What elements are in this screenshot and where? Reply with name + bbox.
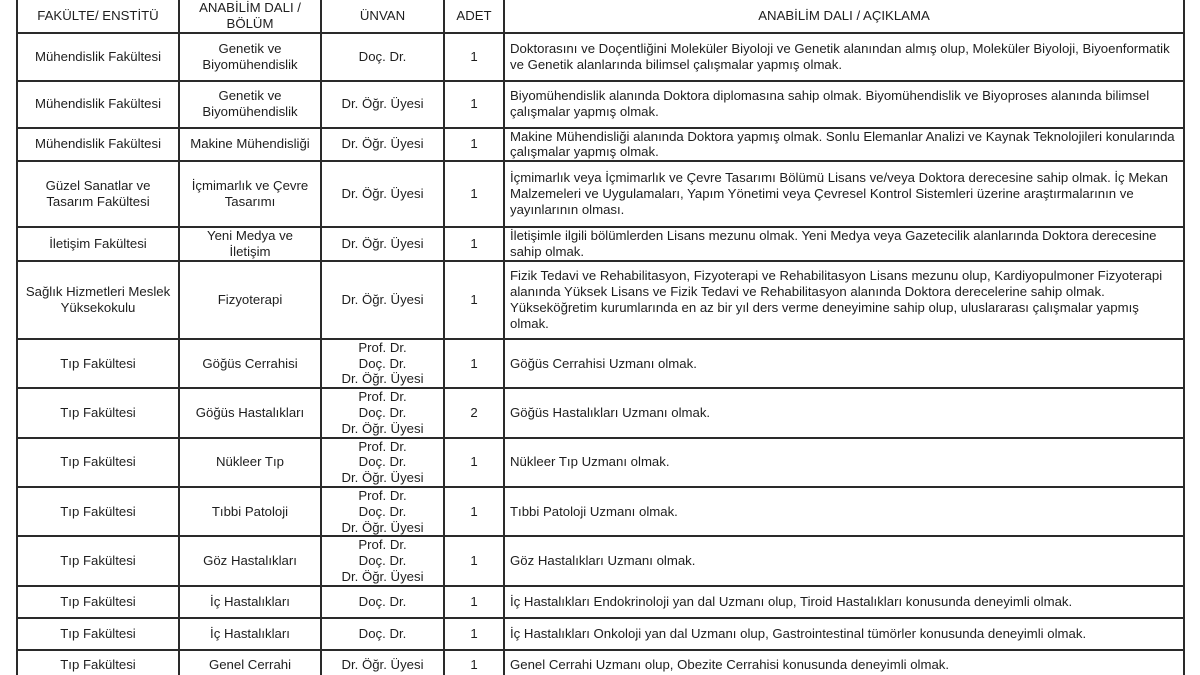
table-header-row: FAKÜLTE/ ENSTİTÜ ANABİLİM DALI / BÖLÜM Ü… [17,0,1184,33]
title-cell: Prof. Dr. Doç. Dr. Dr. Öğr. Üyesi [321,487,444,536]
table-row: Güzel Sanatlar ve Tasarım Fakültesiİçmim… [17,161,1184,227]
faculty-cell: İletişim Fakültesi [17,227,179,261]
description-cell: Nükleer Tıp Uzmanı olmak. [504,438,1184,487]
title-cell: Dr. Öğr. Üyesi [321,161,444,227]
title-cell: Dr. Öğr. Üyesi [321,261,444,339]
count-cell: 1 [444,128,504,162]
description-cell: Göz Hastalıkları Uzmanı olmak. [504,536,1184,585]
title-cell: Prof. Dr. Doç. Dr. Dr. Öğr. Üyesi [321,438,444,487]
department-cell: Nükleer Tıp [179,438,321,487]
count-cell: 1 [444,161,504,227]
table-row: Sağlık Hizmetleri Meslek YüksekokuluFizy… [17,261,1184,339]
title-cell: Dr. Öğr. Üyesi [321,81,444,128]
faculty-cell: Mühendislik Fakültesi [17,81,179,128]
table-row: Tıp FakültesiTıbbi PatolojiProf. Dr. Doç… [17,487,1184,536]
department-cell: Göğüs Hastalıkları [179,388,321,437]
description-cell: Göğüs Hastalıkları Uzmanı olmak. [504,388,1184,437]
description-cell: İç Hastalıkları Endokrinoloji yan dal Uz… [504,586,1184,618]
description-cell: Göğüs Cerrahisi Uzmanı olmak. [504,339,1184,388]
count-cell: 1 [444,227,504,261]
faculty-cell: Tıp Fakültesi [17,536,179,585]
count-cell: 1 [444,536,504,585]
positions-table: FAKÜLTE/ ENSTİTÜ ANABİLİM DALI / BÖLÜM Ü… [16,0,1185,675]
department-cell: Genetik ve Biyomühendislik [179,33,321,81]
count-cell: 1 [444,586,504,618]
department-cell: Yeni Medya ve İletişim [179,227,321,261]
department-cell: Göğüs Cerrahisi [179,339,321,388]
title-cell: Prof. Dr. Doç. Dr. Dr. Öğr. Üyesi [321,536,444,585]
faculty-cell: Tıp Fakültesi [17,388,179,437]
faculty-cell: Sağlık Hizmetleri Meslek Yüksekokulu [17,261,179,339]
title-cell: Prof. Dr. Doç. Dr. Dr. Öğr. Üyesi [321,388,444,437]
title-cell: Dr. Öğr. Üyesi [321,650,444,675]
description-cell: İletişimle ilgili bölümlerden Lisans mez… [504,227,1184,261]
title-cell: Dr. Öğr. Üyesi [321,227,444,261]
title-cell: Doç. Dr. [321,586,444,618]
table-row: Tıp FakültesiGenel CerrahiDr. Öğr. Üyesi… [17,650,1184,675]
table-row: Mühendislik FakültesiMakine Mühendisliği… [17,128,1184,162]
count-cell: 1 [444,261,504,339]
department-cell: İç Hastalıkları [179,618,321,650]
table-row: Tıp FakültesiGöğüs HastalıklarıProf. Dr.… [17,388,1184,437]
faculty-cell: Tıp Fakültesi [17,438,179,487]
table-row: Tıp FakültesiGöz HastalıklarıProf. Dr. D… [17,536,1184,585]
faculty-cell: Güzel Sanatlar ve Tasarım Fakültesi [17,161,179,227]
faculty-cell: Tıp Fakültesi [17,618,179,650]
description-cell: Doktorasını ve Doçentliğini Moleküler Bi… [504,33,1184,81]
description-cell: İç Hastalıkları Onkoloji yan dal Uzmanı … [504,618,1184,650]
faculty-cell: Tıp Fakültesi [17,487,179,536]
department-cell: Fizyoterapi [179,261,321,339]
title-cell: Doç. Dr. [321,618,444,650]
description-cell: İçmimarlık veya İçmimarlık ve Çevre Tasa… [504,161,1184,227]
count-cell: 1 [444,618,504,650]
title-cell: Dr. Öğr. Üyesi [321,128,444,162]
description-cell: Genel Cerrahi Uzmanı olup, Obezite Cerra… [504,650,1184,675]
table-row: Tıp FakültesiNükleer TıpProf. Dr. Doç. D… [17,438,1184,487]
table-row: Tıp Fakültesiİç HastalıklarıDoç. Dr.1İç … [17,586,1184,618]
table-row: Tıp FakültesiGöğüs CerrahisiProf. Dr. Do… [17,339,1184,388]
header-title: ÜNVAN [321,0,444,33]
title-cell: Doç. Dr. [321,33,444,81]
table-row: Mühendislik FakültesiGenetik ve Biyomühe… [17,81,1184,128]
count-cell: 1 [444,339,504,388]
count-cell: 1 [444,487,504,536]
department-cell: Genel Cerrahi [179,650,321,675]
count-cell: 1 [444,33,504,81]
faculty-cell: Tıp Fakültesi [17,650,179,675]
header-description: ANABİLİM DALI / AÇIKLAMA [504,0,1184,33]
department-cell: Genetik ve Biyomühendislik [179,81,321,128]
department-cell: İç Hastalıkları [179,586,321,618]
department-cell: Tıbbi Patoloji [179,487,321,536]
department-cell: İçmimarlık ve Çevre Tasarımı [179,161,321,227]
count-cell: 2 [444,388,504,437]
faculty-cell: Mühendislik Fakültesi [17,128,179,162]
table-row: Mühendislik FakültesiGenetik ve Biyomühe… [17,33,1184,81]
faculty-cell: Tıp Fakültesi [17,586,179,618]
description-cell: Fizik Tedavi ve Rehabilitasyon, Fizyoter… [504,261,1184,339]
table-row: İletişim FakültesiYeni Medya ve İletişim… [17,227,1184,261]
count-cell: 1 [444,81,504,128]
description-cell: Biyomühendislik alanında Doktora diploma… [504,81,1184,128]
description-cell: Makine Mühendisliği alanında Doktora yap… [504,128,1184,162]
header-count: ADET [444,0,504,33]
title-cell: Prof. Dr. Doç. Dr. Dr. Öğr. Üyesi [321,339,444,388]
table-row: Tıp Fakültesiİç HastalıklarıDoç. Dr.1İç … [17,618,1184,650]
description-cell: Tıbbi Patoloji Uzmanı olmak. [504,487,1184,536]
header-department: ANABİLİM DALI / BÖLÜM [179,0,321,33]
department-cell: Göz Hastalıkları [179,536,321,585]
department-cell: Makine Mühendisliği [179,128,321,162]
count-cell: 1 [444,438,504,487]
faculty-cell: Mühendislik Fakültesi [17,33,179,81]
header-faculty: FAKÜLTE/ ENSTİTÜ [17,0,179,33]
count-cell: 1 [444,650,504,675]
faculty-cell: Tıp Fakültesi [17,339,179,388]
